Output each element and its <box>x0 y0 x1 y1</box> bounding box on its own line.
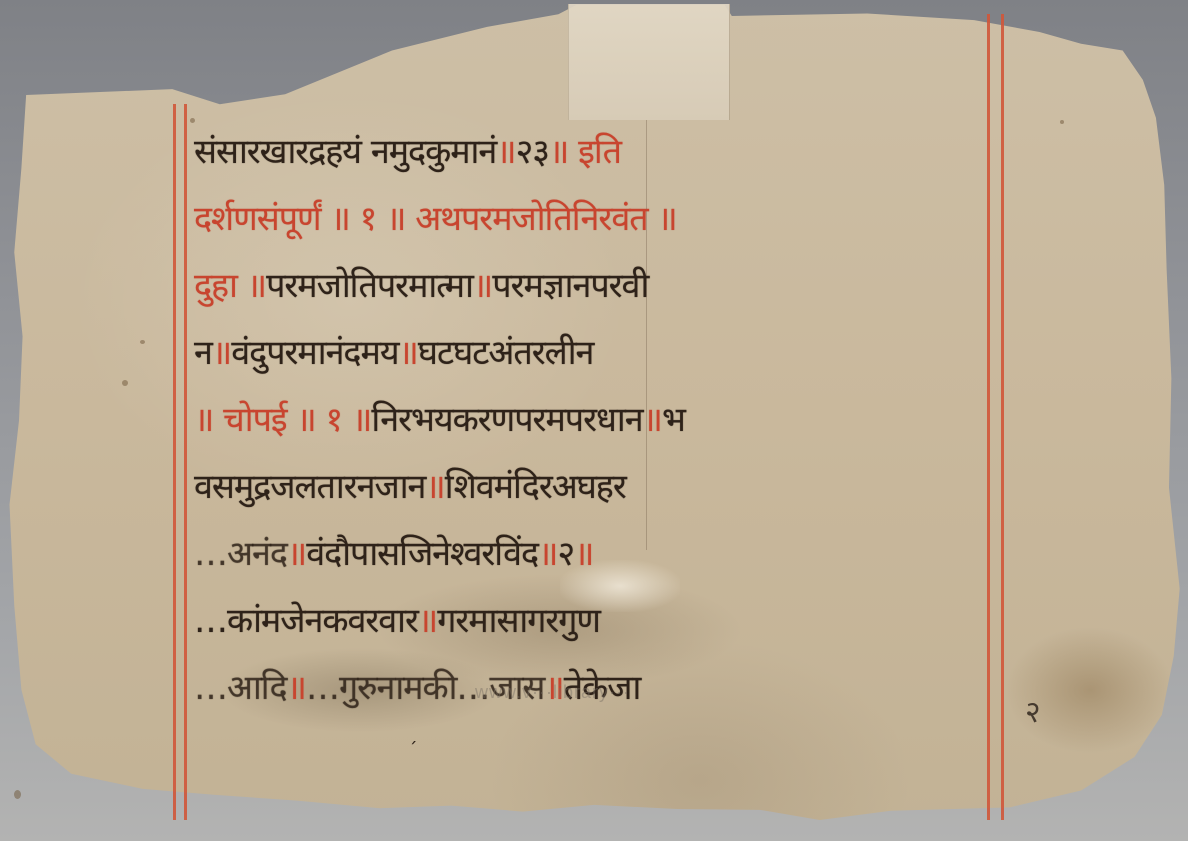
body-text: घटघटअंतरलीन <box>418 329 593 377</box>
rubric-text: दर्शणसंपूर्णं ॥ १ ॥ अथपरमजोतिनिरवंत ॥ <box>194 195 677 243</box>
manuscript-line: दुहा ॥ परमजोतिपरमात्मा ॥ परमज्ञानपरवी <box>194 262 986 329</box>
left-margin-rule <box>173 104 176 820</box>
body-text: निरभयकरणपरमपरधान <box>371 396 642 444</box>
manuscript-line: …अनंद ॥ वंदौपासजिनेश्वरविंद ॥ २ ॥ <box>194 530 986 597</box>
manuscript-text: संसारखारद्रहयं नमुदकुमानं ॥ २३ ॥ इतिदर्श… <box>194 128 986 731</box>
rubric-text: ॥ <box>643 396 662 444</box>
rubric-text: ॥ <box>212 329 231 377</box>
ink-speck <box>14 790 21 799</box>
ink-speck <box>122 380 128 386</box>
manuscript-line: …कांमजेनकवरवार ॥ गरमासागरगुण <box>194 597 986 664</box>
left-margin-rule <box>184 104 187 820</box>
body-text: शिवमंदिरअघहर <box>445 463 626 511</box>
manuscript-line: ॥ चोपई ॥ १ ॥ निरभयकरणपरमपरधान ॥ भ <box>194 396 986 463</box>
rubric-text: ॥ <box>287 664 306 712</box>
scribal-mark: ׳ <box>410 735 417 756</box>
watermark: www.v···library··· <box>475 682 630 703</box>
right-margin-rule <box>1001 14 1004 820</box>
manuscript-line: दर्शणसंपूर्णं ॥ १ ॥ अथपरमजोतिनिरवंत ॥ <box>194 195 986 262</box>
body-text: २३ <box>516 128 549 176</box>
body-text: परमजोतिपरमात्मा <box>266 262 473 310</box>
body-text: न <box>194 329 212 377</box>
paper-repair-patch <box>568 4 730 120</box>
body-text: …अनंद <box>194 530 287 578</box>
rubric-text: ॥ <box>473 262 492 310</box>
manuscript-line: न ॥ वंदुपरमानंदमय ॥ घटघटअंतरलीन <box>194 329 986 396</box>
rubric-text: ॥ <box>425 463 444 511</box>
rubric-text: ॥ <box>399 329 418 377</box>
photo-background: संसारखारद्रहयं नमुदकुमानं ॥ २३ ॥ इतिदर्श… <box>0 0 1188 841</box>
body-text: …आदि <box>194 664 287 712</box>
body-text: गरमासागरगुण <box>437 597 600 645</box>
body-text: भ <box>662 396 685 444</box>
rubric-text: दुहा ॥ <box>194 262 266 310</box>
body-text: परमज्ञानपरवी <box>492 262 648 310</box>
rubric-text: ॥ <box>496 128 515 176</box>
manuscript-line: वसमुद्रजलतारनजान ॥ शिवमंदिरअघहर <box>194 463 986 530</box>
ink-speck <box>140 340 145 344</box>
manuscript-line: संसारखारद्रहयं नमुदकुमानं ॥ २३ ॥ इति <box>194 128 986 195</box>
body-text: वसमुद्रजलतारनजान <box>194 463 425 511</box>
ink-speck <box>190 118 195 123</box>
rubric-text: ॥ <box>574 530 593 578</box>
folio-number: २ <box>1025 690 1041 731</box>
body-text: वंदुपरमानंदमय <box>231 329 398 377</box>
right-margin-rule <box>987 14 990 820</box>
rubric-text: ॥ चोपई ॥ १ ॥ <box>194 396 371 444</box>
ink-speck <box>1060 120 1064 124</box>
rubric-text: ॥ <box>287 530 306 578</box>
body-text: वंदौपासजिनेश्वरविंद <box>306 530 538 578</box>
body-text: २ <box>557 530 574 578</box>
rubric-text: ॥ इति <box>549 128 621 176</box>
body-text: …कांमजेनकवरवार <box>194 597 418 645</box>
body-text: संसारखारद्रहयं नमुदकुमानं <box>194 128 496 176</box>
rubric-text: ॥ <box>418 597 437 645</box>
rubric-text: ॥ <box>538 530 557 578</box>
